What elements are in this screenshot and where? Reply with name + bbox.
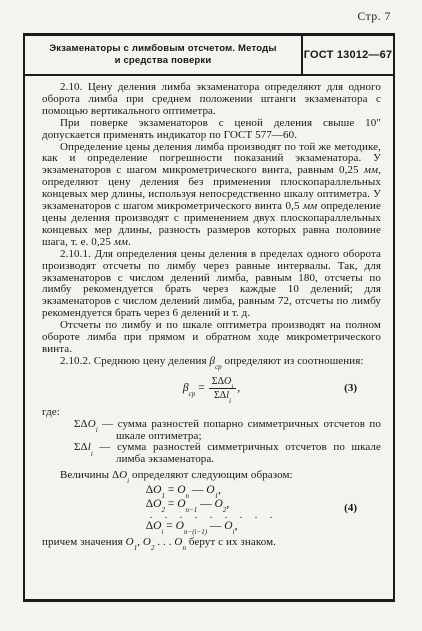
definition-sum-delta-l: ΣΔli — сумма разностей симметричных отсч…	[42, 442, 381, 466]
definition-term: ΣΔOi	[74, 418, 98, 430]
definition-sum-delta-o: ΣΔOi — сумма разностей попарно симметрич…	[42, 419, 381, 443]
formula-4-line-1: ΔO1 = On — O1,	[146, 484, 278, 498]
document-body: 2.10. Цену деления лимба экзаменатора оп…	[25, 76, 393, 549]
formula-3: βср = ΣΔOi ΣΔli , (3)	[42, 375, 381, 403]
formula-4: ΔO1 = On — O1, ΔO2 = On−1 — O2, . . . . …	[42, 484, 381, 534]
formula-4-equations: ΔO1 = On — O1, ΔO2 = On−1 — O2, . . . . …	[146, 484, 278, 534]
header-title-cell: Экзаменаторы с лимбовым отсчетом. Методы…	[25, 36, 303, 74]
formula-3-numerator: ΣΔOi	[209, 376, 236, 389]
paragraph-2-10-1: 2.10.1. Для определения цены деления в п…	[42, 249, 381, 320]
document-title-line1: Экзаменаторы с лимбовым отсчетом. Методы	[49, 43, 276, 55]
formula-3-label: (3)	[344, 383, 357, 395]
document-frame: Экзаменаторы с лимбовым отсчетом. Методы…	[23, 33, 395, 602]
gost-number: ГОСТ 13012—67	[303, 36, 393, 74]
formula-4-ellipsis-row: . . . . . . . . .	[146, 511, 278, 520]
formula-3-tail: ,	[237, 383, 240, 395]
paragraph-prichem: причем значения O1, O2 . . . On берут с …	[42, 537, 381, 549]
formula-3-lhs: βср	[183, 383, 195, 395]
formula-4-label: (4)	[344, 503, 357, 515]
formula-4-line-2: ΔO2 = On−1 — O2,	[146, 498, 278, 512]
paragraph-2-10: 2.10. Цену деления лимба экзаменатора оп…	[42, 82, 381, 118]
definition-text: сумма разностей попарно симметричных отс…	[116, 418, 381, 442]
paragraph-poverka: При поверке экзаменаторов с ценой делени…	[42, 118, 381, 142]
paragraph-2-10-2: 2.10.2. Среднюю цену деления βср определ…	[42, 356, 381, 368]
page-number: Стр. 7	[357, 11, 391, 23]
document-header: Экзаменаторы с лимбовым отсчетом. Методы…	[25, 36, 393, 76]
definition-dash: —	[99, 441, 110, 453]
formula-3-fraction: ΣΔOi ΣΔli	[209, 376, 236, 401]
formula-3-equals: =	[198, 383, 205, 395]
formula-4-line-i: ΔOi = On−(i−1) — Oi,	[146, 520, 278, 534]
definition-term: ΣΔli	[74, 441, 93, 453]
paragraph-otschety: Отсчеты по лимбу и по шкале оптиметра пр…	[42, 320, 381, 356]
document-title-line2: и средства поверки	[115, 55, 212, 67]
paragraph-opredelenie: Определение цены деления лимба производя…	[42, 142, 381, 249]
paragraph-velichiny: Величины ΔOi определяют следующим образо…	[42, 470, 381, 482]
scanned-gost-page: { "page": { "number_label": "Стр. 7" }, …	[0, 0, 422, 631]
definition-text: сумма разностей симметричных отсчетов по…	[116, 441, 381, 465]
definition-dash: —	[102, 418, 113, 430]
formula-3-denominator: ΣΔli	[209, 389, 236, 401]
